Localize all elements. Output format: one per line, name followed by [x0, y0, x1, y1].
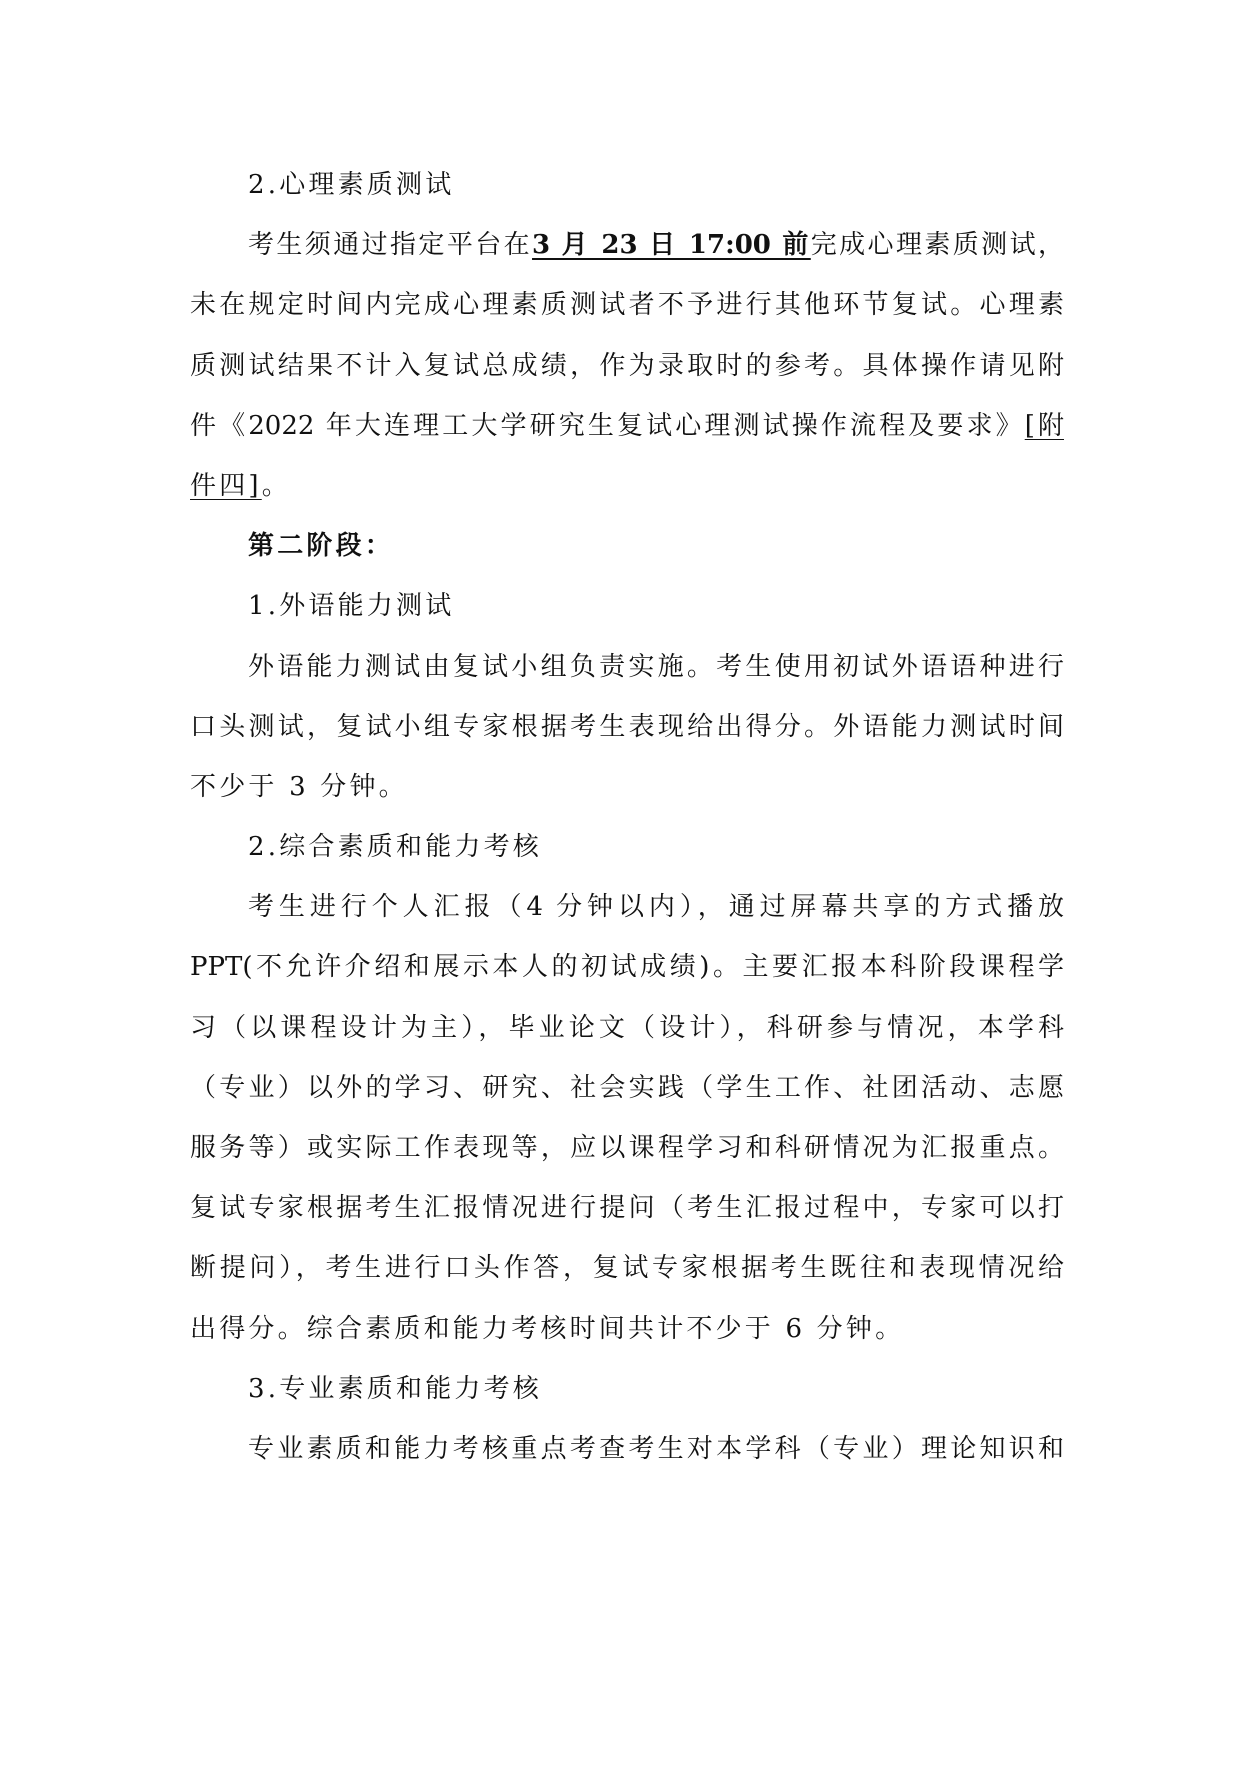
attachment-four-link[interactable]: [附 [1025, 411, 1064, 441]
stage-two-heading: 第二阶段： [190, 516, 1064, 576]
paragraph-line: 件四]。 [190, 456, 1064, 516]
paragraph-text: 件《2022 年大连理工大学研究生复试心理测试操作流程及要求》 [190, 411, 1025, 441]
paragraph-line: 质测试结果不计入复试总成绩，作为录取时的参考。具体操作请见附 [190, 336, 1064, 396]
document-page: 2.心理素质测试 考生须通过指定平台在3 月 23 日 17:00 前完成心理素… [190, 155, 1064, 1479]
paragraph-line: 未在规定时间内完成心理素质测试者不予进行其他环节复试。心理素 [190, 275, 1064, 335]
paragraph-line: 件《2022 年大连理工大学研究生复试心理测试操作流程及要求》[附 [190, 396, 1064, 456]
paragraph-line: 出得分。综合素质和能力考核时间共计不少于 6 分钟。 [190, 1299, 1064, 1359]
paragraph-line: 不少于 3 分钟。 [190, 757, 1064, 817]
section-heading-language-test: 1.外语能力测试 [190, 576, 1064, 636]
paragraph-line: 断提问），考生进行口头作答，复试专家根据考生既往和表现情况给 [190, 1238, 1064, 1298]
paragraph-line: 专业素质和能力考核重点考查考生对本学科（专业）理论知识和 [190, 1419, 1064, 1479]
paragraph-line: 考生须通过指定平台在3 月 23 日 17:00 前完成心理素质测试， [190, 215, 1064, 275]
paragraph-text: 。 [262, 471, 291, 501]
attachment-four-link-cont[interactable]: 件四] [190, 471, 262, 501]
paragraph-line: PPT(不允许介绍和展示本人的初试成绩)。主要汇报本科阶段课程学 [190, 937, 1064, 997]
paragraph-text: 考生须通过指定平台在 [248, 230, 532, 260]
section-heading-professional: 3.专业素质和能力考核 [190, 1359, 1064, 1419]
paragraph-line: 习（以课程设计为主），毕业论文（设计），科研参与情况，本学科 [190, 998, 1064, 1058]
section-heading-comprehensive: 2.综合素质和能力考核 [190, 817, 1064, 877]
paragraph-line: （专业）以外的学习、研究、社会实践（学生工作、社团活动、志愿 [190, 1058, 1064, 1118]
deadline-text: 3 月 23 日 17:00 前 [532, 230, 811, 260]
paragraph-line: 外语能力测试由复试小组负责实施。考生使用初试外语语种进行 [190, 637, 1064, 697]
paragraph-line: 复试专家根据考生汇报情况进行提问（考生汇报过程中，专家可以打 [190, 1178, 1064, 1238]
paragraph-line: 服务等）或实际工作表现等，应以课程学习和科研情况为汇报重点。 [190, 1118, 1064, 1178]
section-heading-psych-test: 2.心理素质测试 [190, 155, 1064, 215]
paragraph-text: 完成心理素质测试， [811, 230, 1064, 260]
paragraph-line: 考生进行个人汇报（4 分钟以内），通过屏幕共享的方式播放 [190, 877, 1064, 937]
paragraph-line: 口头测试，复试小组专家根据考生表现给出得分。外语能力测试时间 [190, 697, 1064, 757]
